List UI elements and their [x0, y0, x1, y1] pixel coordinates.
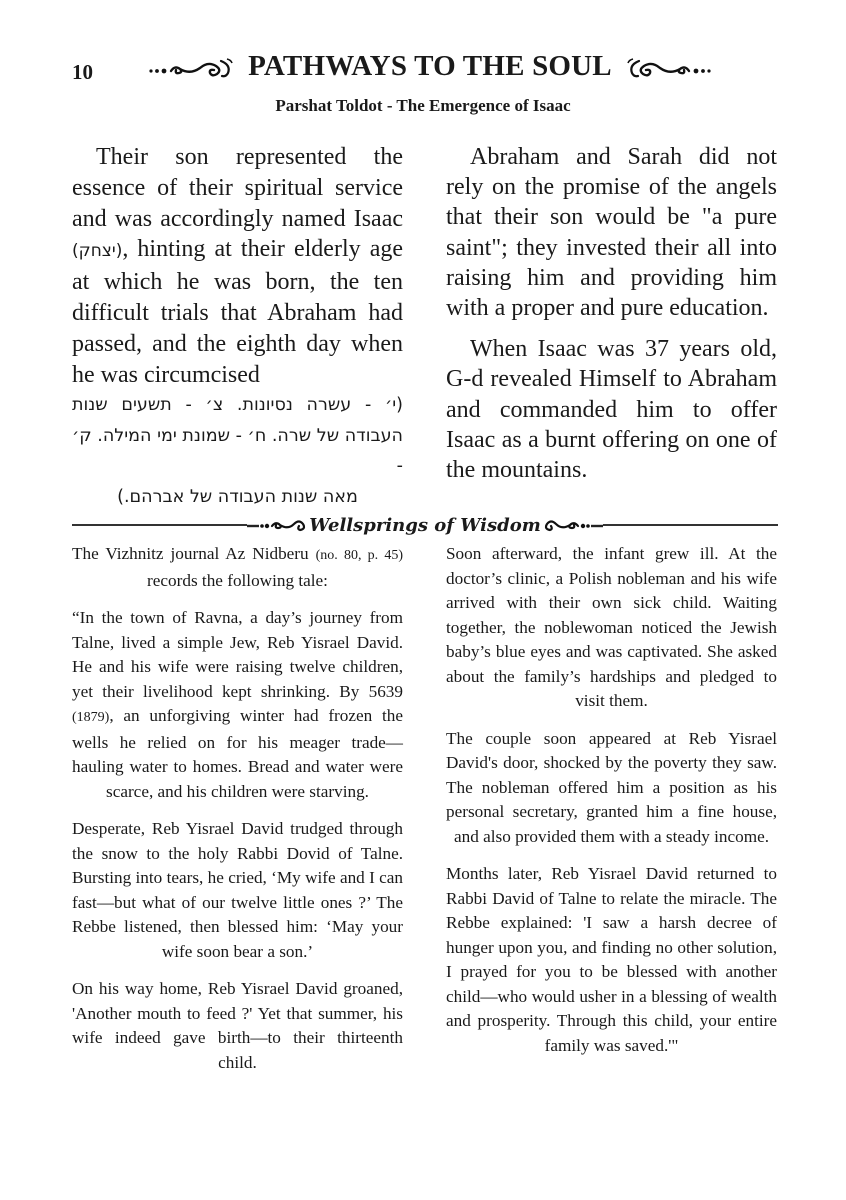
section-divider: Wellsprings of Wisdom	[72, 514, 778, 536]
main-right-paragraph-2: When Isaac was 37 years old, G-d reveale…	[446, 334, 777, 485]
divider-line-right	[603, 524, 778, 526]
flourish-divider-left-icon	[247, 516, 307, 534]
main-left-paragraph: Their son represented the essence of the…	[72, 142, 403, 390]
page-number: 10	[72, 60, 93, 85]
citation: (no. 80, p. 45)	[316, 548, 403, 563]
publication-title: PATHWAYS TO THE SOUL	[242, 50, 618, 83]
story-paragraph: The couple soon appeared at Reb Yisrael …	[446, 727, 777, 850]
hebrew-name: (יצחק)	[72, 241, 122, 261]
story-intro: The Vizhnitz journal Az Nidberu (no. 80,…	[72, 542, 403, 593]
story-paragraph: On his way home, Reb Yisrael David groan…	[72, 977, 403, 1075]
story-paragraph: “In the town of Ravna, a day’s journey f…	[72, 606, 403, 804]
hebrew-gloss-last-line: מאה שנות העבודה של אברהם.)	[72, 482, 403, 513]
title-bar: PATHWAYS TO THE SOUL	[130, 50, 730, 83]
page-header: 10 PATHWAYS TO THE SOUL	[0, 50, 846, 90]
story-paragraph: Months later, Reb Yisrael David returned…	[446, 862, 777, 1058]
story-paragraph: Soon afterward, the infant grew ill. At …	[446, 542, 777, 714]
section-title: Wellsprings of Wisdom	[307, 515, 543, 536]
story-left-column: The Vizhnitz journal Az Nidberu (no. 80,…	[72, 542, 403, 1088]
main-right-paragraph-1: Abraham and Sarah did not rely on the pr…	[446, 142, 777, 323]
flourish-divider-right-icon	[543, 516, 603, 534]
story-right-column: Soon afterward, the infant grew ill. At …	[446, 542, 777, 1071]
story-paragraph: Desperate, Reb Yisrael David trudged thr…	[72, 817, 403, 964]
parsha-subtitle: Parshat Toldot - The Emergence of Isaac	[0, 96, 846, 116]
flourish-ornament-right-icon	[618, 56, 713, 78]
divider-line-left	[72, 524, 247, 526]
main-right-column: Abraham and Sarah did not rely on the pr…	[446, 142, 777, 485]
hebrew-gloss: (י׳ - עשרה נסיונות. צ׳ - תשעים שנות העבו…	[72, 390, 403, 512]
main-left-column: Their son represented the essence of the…	[72, 142, 403, 512]
flourish-ornament-left-icon	[147, 56, 242, 78]
year-gregorian: (1879)	[72, 710, 109, 725]
